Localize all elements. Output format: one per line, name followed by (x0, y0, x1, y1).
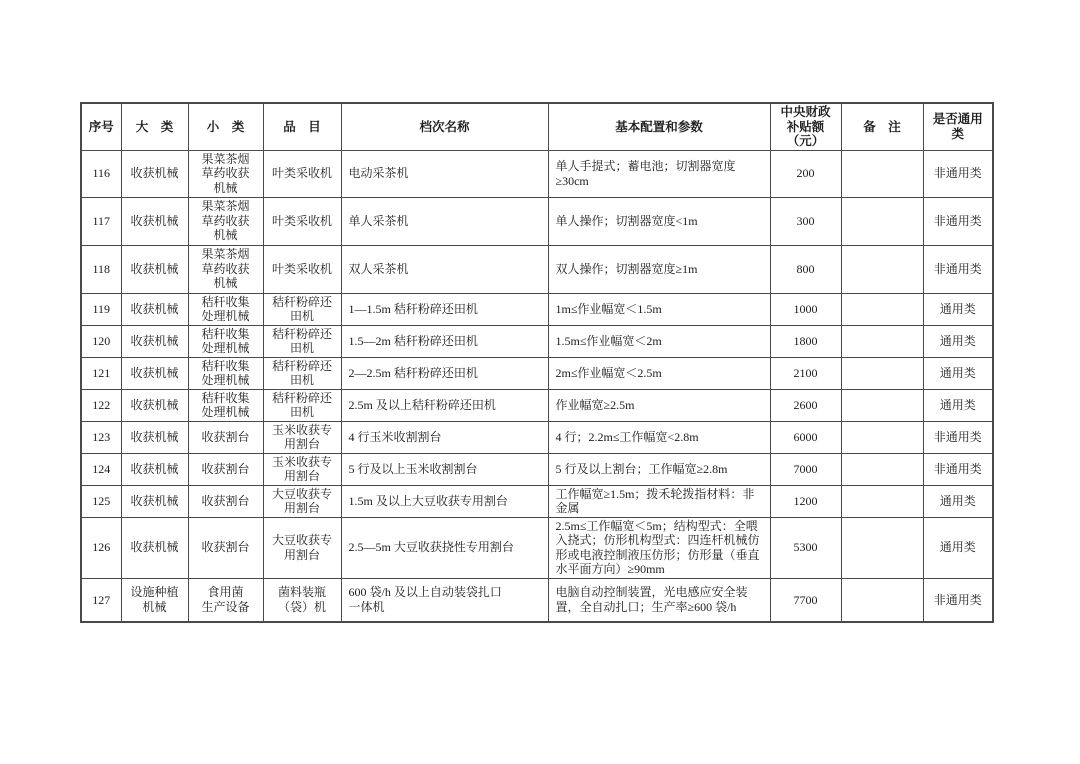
cell-subsidy-amount: 7700 (770, 578, 841, 622)
cell-general-class: 非通用类 (923, 421, 993, 453)
cell-config-params: 5 行及以上割台；工作幅宽≥2.8m (548, 453, 770, 485)
cell-grade-name: 1.5—2m 秸秆粉碎还田机 (341, 325, 548, 357)
cell-config-params: 双人操作；切割器宽度≥1m (548, 245, 770, 293)
cell-remark (841, 325, 923, 357)
cell-minor-category: 秸秆收集 处理机械 (188, 293, 263, 325)
cell-seq: 119 (81, 293, 121, 325)
cell-config-params: 2.5m≤工作幅宽＜5m；结构型式：全喂 入挠式；仿形机构型式：四连杆机械仿 形… (548, 517, 770, 578)
header-item: 品 目 (263, 103, 341, 150)
cell-remark (841, 578, 923, 622)
cell-item: 叶类采收机 (263, 197, 341, 245)
cell-major-category: 收获机械 (121, 517, 188, 578)
cell-minor-category: 收获割台 (188, 485, 263, 517)
cell-seq: 124 (81, 453, 121, 485)
cell-general-class: 非通用类 (923, 578, 993, 622)
cell-major-category: 收获机械 (121, 150, 188, 197)
cell-grade-name: 1.5m 及以上大豆收获专用割台 (341, 485, 548, 517)
table-row: 121 收获机械 秸秆收集 处理机械 秸秆粉碎还 田机 2—2.5m 秸秆粉碎还… (81, 357, 993, 389)
cell-remark (841, 421, 923, 453)
header-remark: 备 注 (841, 103, 923, 150)
cell-subsidy-amount: 1200 (770, 485, 841, 517)
table-row: 122 收获机械 秸秆收集 处理机械 秸秆粉碎还 田机 2.5m 及以上秸秆粉碎… (81, 389, 993, 421)
cell-minor-category: 果菜茶烟 草药收获 机械 (188, 245, 263, 293)
header-major-category: 大 类 (121, 103, 188, 150)
table-row: 120 收获机械 秸秆收集 处理机械 秸秆粉碎还 田机 1.5—2m 秸秆粉碎还… (81, 325, 993, 357)
cell-item: 叶类采收机 (263, 245, 341, 293)
cell-minor-category: 果菜茶烟 草药收获 机械 (188, 150, 263, 197)
cell-config-params: 单人手提式；蓄电池；切割器宽度≥30cm (548, 150, 770, 197)
cell-major-category: 收获机械 (121, 485, 188, 517)
cell-general-class: 通用类 (923, 517, 993, 578)
table-row: 123 收获机械 收获割台 玉米收获专 用割台 4 行玉米收割割台 4 行；2.… (81, 421, 993, 453)
cell-major-category: 收获机械 (121, 421, 188, 453)
table-header: 序号 大 类 小 类 品 目 档次名称 基本配置和参数 中央财政 补贴额 （元）… (81, 103, 993, 150)
cell-major-category: 收获机械 (121, 453, 188, 485)
cell-config-params: 4 行；2.2m≤工作幅宽<2.8m (548, 421, 770, 453)
cell-subsidy-amount: 1800 (770, 325, 841, 357)
cell-item: 秸秆粉碎还 田机 (263, 389, 341, 421)
cell-general-class: 非通用类 (923, 245, 993, 293)
cell-remark (841, 197, 923, 245)
header-row: 序号 大 类 小 类 品 目 档次名称 基本配置和参数 中央财政 补贴额 （元）… (81, 103, 993, 150)
cell-grade-name: 2.5m 及以上秸秆粉碎还田机 (341, 389, 548, 421)
cell-remark (841, 245, 923, 293)
cell-grade-name: 600 袋/h 及以上自动装袋扎口 一体机 (341, 578, 548, 622)
cell-major-category: 收获机械 (121, 293, 188, 325)
header-subsidy-amount: 中央财政 补贴额 （元） (770, 103, 841, 150)
cell-grade-name: 双人采茶机 (341, 245, 548, 293)
cell-grade-name: 5 行及以上玉米收割割台 (341, 453, 548, 485)
cell-grade-name: 2—2.5m 秸秆粉碎还田机 (341, 357, 548, 389)
cell-subsidy-amount: 300 (770, 197, 841, 245)
cell-subsidy-amount: 1000 (770, 293, 841, 325)
cell-general-class: 通用类 (923, 389, 993, 421)
cell-remark (841, 517, 923, 578)
cell-item: 玉米收获专 用割台 (263, 421, 341, 453)
cell-subsidy-amount: 2100 (770, 357, 841, 389)
table-row: 127 设施种植 机械 食用菌 生产设备 菌料装瓶 （袋）机 600 袋/h 及… (81, 578, 993, 622)
cell-config-params: 单人操作；切割器宽度<1m (548, 197, 770, 245)
table-row: 124 收获机械 收获割台 玉米收获专 用割台 5 行及以上玉米收割割台 5 行… (81, 453, 993, 485)
cell-major-category: 收获机械 (121, 389, 188, 421)
cell-seq: 127 (81, 578, 121, 622)
cell-seq: 118 (81, 245, 121, 293)
document-page: 序号 大 类 小 类 品 目 档次名称 基本配置和参数 中央财政 补贴额 （元）… (0, 0, 1080, 764)
cell-item: 大豆收获专 用割台 (263, 485, 341, 517)
header-config-params: 基本配置和参数 (548, 103, 770, 150)
cell-remark (841, 389, 923, 421)
cell-item: 菌料装瓶 （袋）机 (263, 578, 341, 622)
header-grade-name: 档次名称 (341, 103, 548, 150)
cell-subsidy-amount: 7000 (770, 453, 841, 485)
cell-config-params: 电脑自动控制装置，光电感应安全装 置，全自动扎口；生产率≥600 袋/h (548, 578, 770, 622)
cell-grade-name: 1—1.5m 秸秆粉碎还田机 (341, 293, 548, 325)
cell-remark (841, 293, 923, 325)
header-general-class: 是否通用 类 (923, 103, 993, 150)
cell-item: 大豆收获专 用割台 (263, 517, 341, 578)
header-seq: 序号 (81, 103, 121, 150)
cell-item: 秸秆粉碎还 田机 (263, 357, 341, 389)
cell-subsidy-amount: 6000 (770, 421, 841, 453)
cell-general-class: 通用类 (923, 485, 993, 517)
cell-config-params: 工作幅宽≥1.5m；拨禾轮拨指材料：非 金属 (548, 485, 770, 517)
cell-grade-name: 单人采茶机 (341, 197, 548, 245)
cell-minor-category: 食用菌 生产设备 (188, 578, 263, 622)
cell-item: 玉米收获专 用割台 (263, 453, 341, 485)
cell-general-class: 非通用类 (923, 453, 993, 485)
cell-seq: 120 (81, 325, 121, 357)
table-body: 116 收获机械 果菜茶烟 草药收获 机械 叶类采收机 电动采茶机 单人手提式；… (81, 150, 993, 622)
cell-minor-category: 秸秆收集 处理机械 (188, 357, 263, 389)
cell-minor-category: 收获割台 (188, 453, 263, 485)
cell-seq: 125 (81, 485, 121, 517)
cell-config-params: 1.5m≤作业幅宽＜2m (548, 325, 770, 357)
header-minor-category: 小 类 (188, 103, 263, 150)
cell-seq: 122 (81, 389, 121, 421)
cell-minor-category: 秸秆收集 处理机械 (188, 325, 263, 357)
cell-general-class: 通用类 (923, 293, 993, 325)
cell-major-category: 设施种植 机械 (121, 578, 188, 622)
cell-config-params: 1m≤作业幅宽＜1.5m (548, 293, 770, 325)
table-row: 118 收获机械 果菜茶烟 草药收获 机械 叶类采收机 双人采茶机 双人操作；切… (81, 245, 993, 293)
cell-major-category: 收获机械 (121, 245, 188, 293)
cell-seq: 121 (81, 357, 121, 389)
cell-grade-name: 电动采茶机 (341, 150, 548, 197)
cell-subsidy-amount: 5300 (770, 517, 841, 578)
cell-general-class: 非通用类 (923, 197, 993, 245)
table-row: 117 收获机械 果菜茶烟 草药收获 机械 叶类采收机 单人采茶机 单人操作；切… (81, 197, 993, 245)
subsidy-table: 序号 大 类 小 类 品 目 档次名称 基本配置和参数 中央财政 补贴额 （元）… (80, 102, 994, 623)
cell-major-category: 收获机械 (121, 197, 188, 245)
cell-item: 叶类采收机 (263, 150, 341, 197)
cell-minor-category: 果菜茶烟 草药收获 机械 (188, 197, 263, 245)
cell-minor-category: 秸秆收集 处理机械 (188, 389, 263, 421)
cell-minor-category: 收获割台 (188, 517, 263, 578)
cell-general-class: 通用类 (923, 357, 993, 389)
cell-subsidy-amount: 2600 (770, 389, 841, 421)
cell-item: 秸秆粉碎还 田机 (263, 293, 341, 325)
cell-major-category: 收获机械 (121, 357, 188, 389)
cell-major-category: 收获机械 (121, 325, 188, 357)
cell-general-class: 通用类 (923, 325, 993, 357)
cell-remark (841, 485, 923, 517)
cell-remark (841, 357, 923, 389)
cell-seq: 126 (81, 517, 121, 578)
table-row: 126 收获机械 收获割台 大豆收获专 用割台 2.5—5m 大豆收获挠性专用割… (81, 517, 993, 578)
cell-remark (841, 150, 923, 197)
table-row: 125 收获机械 收获割台 大豆收获专 用割台 1.5m 及以上大豆收获专用割台… (81, 485, 993, 517)
cell-config-params: 2m≤作业幅宽＜2.5m (548, 357, 770, 389)
cell-seq: 123 (81, 421, 121, 453)
cell-seq: 117 (81, 197, 121, 245)
cell-remark (841, 453, 923, 485)
cell-minor-category: 收获割台 (188, 421, 263, 453)
cell-subsidy-amount: 200 (770, 150, 841, 197)
table-row: 116 收获机械 果菜茶烟 草药收获 机械 叶类采收机 电动采茶机 单人手提式；… (81, 150, 993, 197)
cell-config-params: 作业幅宽≥2.5m (548, 389, 770, 421)
cell-general-class: 非通用类 (923, 150, 993, 197)
cell-item: 秸秆粉碎还 田机 (263, 325, 341, 357)
cell-grade-name: 2.5—5m 大豆收获挠性专用割台 (341, 517, 548, 578)
cell-seq: 116 (81, 150, 121, 197)
table-row: 119 收获机械 秸秆收集 处理机械 秸秆粉碎还 田机 1—1.5m 秸秆粉碎还… (81, 293, 993, 325)
cell-grade-name: 4 行玉米收割割台 (341, 421, 548, 453)
cell-subsidy-amount: 800 (770, 245, 841, 293)
